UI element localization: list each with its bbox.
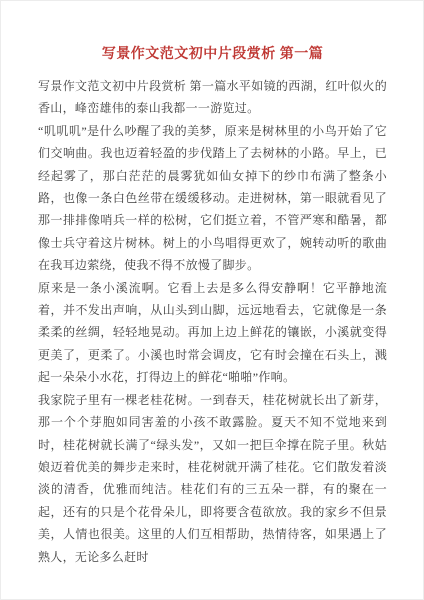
document-page: 写景作文范文初中片段赏析 第一篇 写景作文范文初中片段赏析 第一篇水平如镜的西湖… [0,0,424,600]
paragraph-osmanthus-tree: 我家院子里有一棵老桂花树。一到春天，桂花树就长出了新芽，那一个个芽胞如同害羞的小… [38,389,387,568]
paragraph-stream: 原来是一条小溪流啊。它看上去是多么得安静啊！它平静地流着，并不发出声响，从山头到… [38,277,387,389]
document-title: 写景作文范文初中片段赏析 第一篇 [38,46,387,64]
paragraph-intro: 写景作文范文初中片段赏析 第一篇水平如镜的西湖，红叶似火的香山，峰峦雄伟的泰山我… [38,75,387,120]
paragraph-forest-birds: “叽叽叽”是什么吵醒了我的美梦，原来是树林里的小鸟开始了它们交响曲。我也迈着轻盈… [38,120,387,277]
